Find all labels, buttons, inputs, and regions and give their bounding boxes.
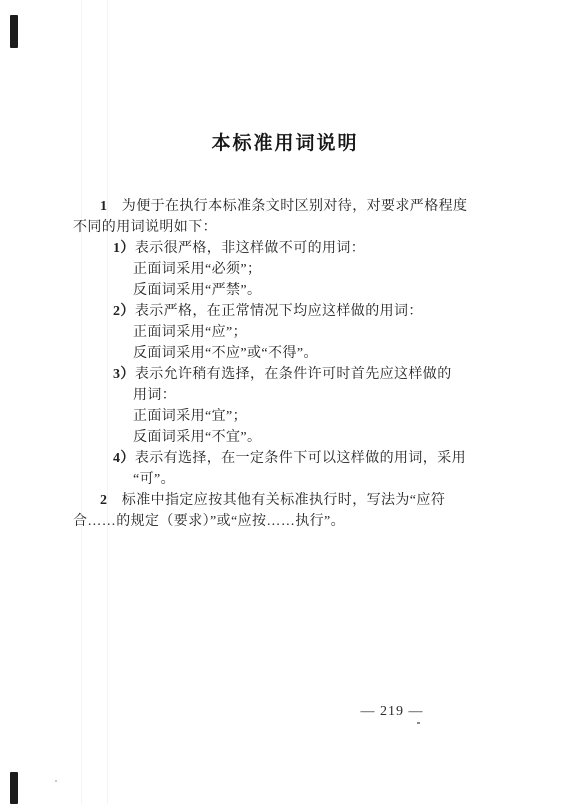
binding-mark-top-left xyxy=(10,15,18,48)
text-line: 3）表示允许稍有选择，在条件许可时首先应这样做的 xyxy=(73,364,513,385)
text-line: 2）表示严格，在正常情况下均应这样做的用词： xyxy=(73,301,513,322)
line-text: 标准中指定应按其他有关标准执行时，写法为“应符 xyxy=(107,493,445,508)
line-text: 正面词采用“应”； xyxy=(133,325,247,340)
line-text: 表示有选择，在一定条件下可以这样做的用词，采用 xyxy=(135,451,466,466)
text-line: 1）表示很严格，非这样做不可的用词： xyxy=(73,238,513,259)
text-line: 合……的规定（要求）”或“应按……执行”。 xyxy=(73,511,513,532)
list-number: 1） xyxy=(113,241,135,256)
binding-mark-bottom-left xyxy=(10,772,18,804)
text-line: 反面词采用“不应”或“不得”。 xyxy=(73,343,513,364)
scanned-page: 本标准用词说明 1 为便于在执行本标准条文时区别对待，对要求严格程度 不同的用词… xyxy=(0,0,570,804)
text-line: 4）表示有选择，在一定条件下可以这样做的用词，采用 xyxy=(73,448,513,469)
scan-speck xyxy=(55,780,57,782)
text-line: 正面词采用“必须”； xyxy=(73,259,513,280)
text-line: 用词： xyxy=(73,385,513,406)
text-line: 不同的用词说明如下： xyxy=(73,217,513,238)
line-text: 反面词采用“不宜”。 xyxy=(133,430,261,445)
line-text: 反面词采用“不应”或“不得”。 xyxy=(133,346,318,361)
line-text: 用词： xyxy=(133,388,176,403)
line-text: 为便于在执行本标准条文时区别对待，对要求严格程度 xyxy=(107,199,467,214)
text-line: 反面词采用“严禁”。 xyxy=(73,280,513,301)
text-line: 2 标准中指定应按其他有关标准执行时，写法为“应符 xyxy=(73,490,513,511)
text-line: “可”。 xyxy=(73,469,513,490)
list-number: 2） xyxy=(113,304,135,319)
list-number: 3） xyxy=(113,367,135,382)
line-text: 合……的规定（要求）”或“应按……执行”。 xyxy=(73,514,345,529)
text-line: 正面词采用“宜”； xyxy=(73,406,513,427)
page-title: 本标准用词说明 xyxy=(0,128,570,155)
line-text: 正面词采用“宜”； xyxy=(133,409,247,424)
list-number: 4） xyxy=(113,451,135,466)
line-text: “可”。 xyxy=(133,472,175,487)
line-text: 表示允许稍有选择，在条件许可时首先应这样做的 xyxy=(135,367,452,382)
text-line: 反面词采用“不宜”。 xyxy=(73,427,513,448)
text-line: 正面词采用“应”； xyxy=(73,322,513,343)
document-body: 1 为便于在执行本标准条文时区别对待，对要求严格程度 不同的用词说明如下： 1）… xyxy=(73,196,513,532)
page-number: — 219 — xyxy=(350,704,434,720)
line-text: 不同的用词说明如下： xyxy=(73,220,217,235)
line-text: 反面词采用“严禁”。 xyxy=(133,283,261,298)
line-text: 表示严格，在正常情况下均应这样做的用词： xyxy=(135,304,423,319)
line-text: 表示很严格，非这样做不可的用词： xyxy=(135,241,365,256)
scan-speck-under-dash xyxy=(417,722,420,724)
text-line: 1 为便于在执行本标准条文时区别对待，对要求严格程度 xyxy=(73,196,513,217)
line-text: 正面词采用“必须”； xyxy=(133,262,261,277)
